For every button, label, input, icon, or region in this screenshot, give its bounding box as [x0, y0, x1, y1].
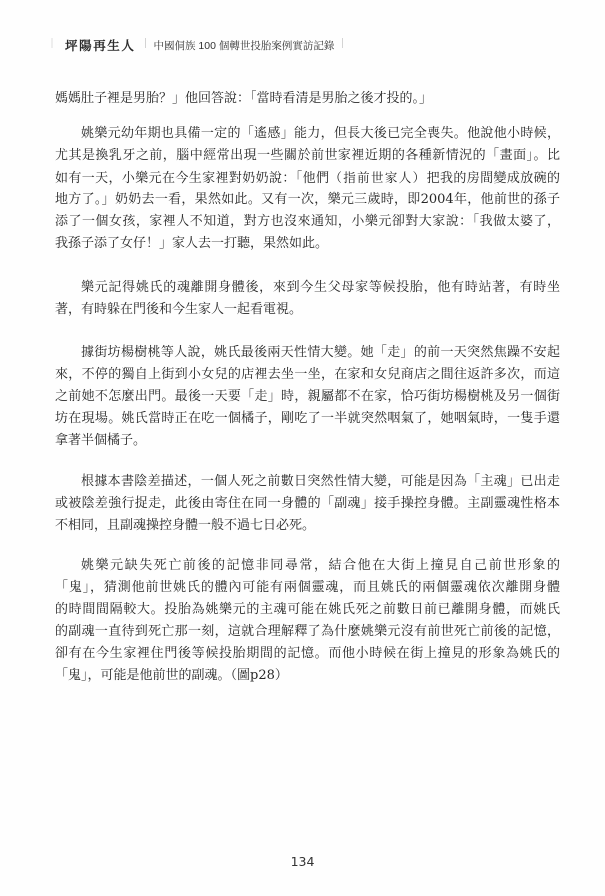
text-line: 來，不停的獨自上街到小女兒的店裡去坐一坐，在家和女兒商店之間往返許多次，而這: [55, 364, 560, 386]
header-separator: ｜: [141, 37, 151, 53]
text-line: 我孫子添了女仔！」家人去一打聽，果然如此。: [55, 233, 560, 255]
text-line: 尤其是換乳牙之前，腦中經常出現一些關於前世家裡近期的各種新情況的「畫面」。比: [55, 145, 560, 167]
text-line: 姚樂元幼年期也具備一定的「遙感」能力，但長大後已完全喪失。他說他小時候，: [55, 123, 560, 145]
text-segment: 把我的房間變成放碗的: [427, 171, 560, 186]
text-line: 樂元記得姚氏的魂離開身體後，來到今生父母家等候投胎，他有時站著，有時坐: [55, 277, 560, 299]
text-line: 「鬼」，可能是他前世的副魂。（圖p28）: [55, 665, 560, 687]
text-line: 添了一個女孩，家裡人不知道，對方也沒來通知，小樂元卻對大家說：「我做太婆了，: [55, 211, 560, 233]
book-title: 坪陽再生人: [65, 36, 136, 54]
header-separator: ｜: [47, 37, 57, 53]
text-line: 之前她不怎麼出門。最後一天要「走」時，親屬都不在家，恰巧街坊楊樹桃及另一個街: [55, 386, 560, 408]
text-line: 如有一天，小樂元在今生家裡對奶奶說：「他們（指前世家人）把我的房間變成放碗的: [55, 167, 560, 189]
text-line: 的時間間隔較大。投胎為姚樂元的主魂可能在姚氏死之前數日前已離開身體，而姚氏: [55, 599, 560, 621]
paragraph-soul-description: 根據本書陰差描述，一個人死之前數日突然性情大變，可能是因為「主魂」已出走 或被陰…: [55, 471, 560, 537]
paragraph-remote-sensing: 姚樂元幼年期也具備一定的「遙感」能力，但長大後已完全喪失。他說他小時候， 尤其是…: [55, 123, 560, 255]
text-line: 據街坊楊樹桃等人說，姚氏最後兩天性情大變。她「走」的前一天突然焦躁不安起: [55, 342, 560, 364]
text-line: 坊在現場。姚氏當時正在吃一個橘子，剛吃了一半就突然咽氣了，她咽氣時，一隻手還: [55, 408, 560, 430]
paragraph-waiting-rebirth: 樂元記得姚氏的魂離開身體後，來到今生父母家等候投胎，他有時站著，有時坐 著，有時…: [55, 277, 560, 321]
text-line: 「鬼」，猜測他前世姚氏的體內可能有兩個靈魂，而且姚氏的兩個靈魂依次離開身體: [55, 577, 560, 599]
text-line: 卻有在今生家裡住門後等候投胎期間的記憶。而他小時候在街上撞見的形象為姚氏的: [55, 643, 560, 665]
book-subtitle: 中國侗族 100 個轉世投胎案例實訪記錄: [154, 38, 335, 53]
text-line: 的副魂一直待到死亡那一刻，這就合理解釋了為什麼姚樂元沒有前世死亡前後的記憶，: [55, 621, 560, 643]
text-segment: 如有一天，小樂元在今生家裡對奶奶說：「他們: [55, 171, 329, 186]
text-line: 拿著半個橘子。: [55, 430, 560, 452]
running-header: ｜ 坪陽再生人 ｜ 中國侗族 100 個轉世投胎案例實訪記錄 ｜: [47, 37, 347, 53]
paragraph-neighbor-account: 據街坊楊樹桃等人說，姚氏最後兩天性情大變。她「走」的前一天突然焦躁不安起 來，不…: [55, 342, 560, 452]
text-line: 不相同，且副魂操控身體一般不過七日必死。: [55, 515, 560, 537]
parenthetical-note: （指前世家人）: [329, 170, 426, 185]
page-number: 134: [0, 854, 605, 869]
text-line: 地方了。」奶奶去一看，果然如此。又有一次，樂元三歲時，即2004年，他前世的孫子: [55, 189, 560, 211]
text-line: 媽媽肚子裡是男胎？」他回答說：「當時看清是男胎之後才投的。」: [55, 88, 560, 110]
text-line: 姚樂元缺失死亡前後的記憶非同尋常，結合他在大街上撞見自己前世形象的: [55, 555, 560, 577]
text-line: 根據本書陰差描述，一個人死之前數日突然性情大變，可能是因為「主魂」已出走: [55, 471, 560, 493]
text-line: 或被陰差強行捉走，此後由寄住在同一身體的「副魂」接手操控身體。主副靈魂性格本: [55, 493, 560, 515]
continuation-paragraph: 媽媽肚子裡是男胎？」他回答說：「當時看清是男胎之後才投的。」: [55, 88, 560, 110]
text-line: 著，有時躲在門後和今生家人一起看電視。: [55, 299, 560, 321]
paragraph-analysis: 姚樂元缺失死亡前後的記憶非同尋常，結合他在大街上撞見自己前世形象的 「鬼」，猜測…: [55, 555, 560, 687]
book-page: ｜ 坪陽再生人 ｜ 中國侗族 100 個轉世投胎案例實訪記錄 ｜ 媽媽肚子裡是男…: [0, 0, 605, 896]
header-separator: ｜: [337, 37, 347, 53]
